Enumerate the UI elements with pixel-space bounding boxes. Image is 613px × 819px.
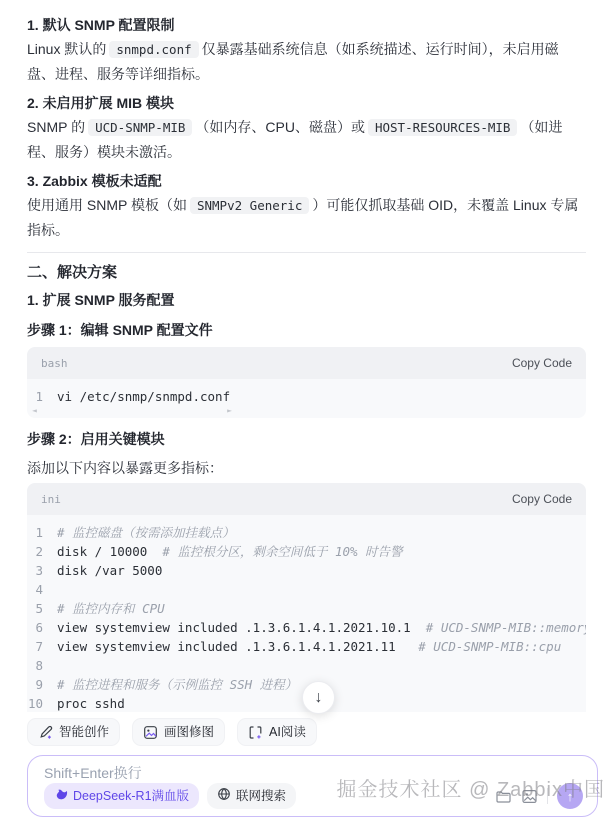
inline-code-snmpv2-generic: SNMPv2 Generic [190,197,309,214]
code-line: 4 [27,580,586,599]
inline-code-snmpd-conf: snmpd.conf [109,41,198,58]
web-search-chip[interactable]: 联网搜索 [207,783,296,809]
code-line: 1# 监控磁盘（按需添加挂载点） [27,523,586,542]
code-block-bash: bash Copy Code 1vi /etc/snmp/snmpd.conf … [27,347,586,418]
step2-title: 步骤 2：启用关键模块 [27,430,586,448]
composer-chips: DeepSeek-R1满血版 联网搜索 [44,783,296,809]
book-reader-icon [248,725,263,740]
section-title-2: 2. 未启用扩展 MIB 模块 [27,94,586,112]
globe-icon [217,787,231,805]
horizontal-scrollbar[interactable]: ◄► [27,406,237,416]
pen-sparkle-icon [38,725,53,740]
chip-label: AI阅读 [269,724,306,740]
step1-title: 步骤 1：编辑 SNMP 配置文件 [27,321,586,339]
scroll-to-bottom-button[interactable]: ↓ [302,681,335,714]
scroll-right-icon[interactable]: ► [227,406,232,416]
inline-code-host-resources-mib: HOST-RESOURCES-MIB [368,119,517,136]
section-title-3: 3. Zabbix 模板未适配 [27,172,586,190]
send-button[interactable]: ↑ [557,783,583,809]
composer-placeholder[interactable]: Shift+Enter换行 [44,764,583,782]
deepseek-whale-icon [54,787,68,805]
draw-edit-image-button[interactable]: 画图修图 [132,718,225,746]
chip-label: 智能创作 [59,724,109,740]
section-title-1: 1. 默认 SNMP 配置限制 [27,16,586,34]
composer-actions: ↑ [495,783,583,809]
inline-code-ucd-snmp-mib: UCD-SNMP-MIB [88,119,192,136]
paragraph-3: 使用通用 SNMP 模板（如SNMPv2 Generic）可能仅抓取基础 OID… [27,193,586,242]
ai-reading-button[interactable]: AI阅读 [237,718,317,746]
copy-code-button[interactable]: Copy Code [512,492,572,506]
code-line: 8 [27,656,586,675]
model-chip-label: DeepSeek-R1满血版 [73,789,189,804]
code-line: 3disk /var 5000 [27,561,586,580]
model-selector-chip[interactable]: DeepSeek-R1满血版 [44,783,199,809]
code-line: 7view systemview included .1.3.6.1.4.1.2… [27,637,586,656]
copy-code-button[interactable]: Copy Code [512,356,572,370]
upload-image-icon[interactable] [521,788,538,805]
attach-file-icon[interactable] [495,788,512,805]
paragraph-1: Linux 默认的snmpd.conf仅暴露基础系统信息（如系统描述、运行时间）… [27,37,586,86]
message-composer[interactable]: Shift+Enter换行 DeepSeek-R1满血版 联网搜索 [27,755,598,817]
chip-label: 画图修图 [164,724,214,740]
code-block-header: bash Copy Code [27,347,586,379]
code-language-label: ini [41,493,61,506]
code-line: 5# 监控内存和 CPU [27,599,586,618]
bottom-panel: 智能创作 画图修图 AI阅读 Shift+Enter换行 [0,712,613,819]
arrow-down-icon: ↓ [315,689,323,707]
chat-page: 1. 默认 SNMP 配置限制 Linux 默认的snmpd.conf仅暴露基础… [0,0,613,819]
smart-create-button[interactable]: 智能创作 [27,718,120,746]
web-chip-label: 联网搜索 [236,789,286,804]
code-line: 2disk / 10000 # 监控根分区，剩余空间低于 10% 时告警 [27,542,586,561]
image-edit-icon [143,725,158,740]
code-block-body: 1vi /etc/snmp/snmpd.conf ◄► [27,379,586,418]
composer-bottom-row: DeepSeek-R1满血版 联网搜索 [44,783,583,809]
quick-action-bar: 智能创作 画图修图 AI阅读 [0,712,613,746]
code-language-label: bash [41,357,68,370]
vertical-divider [547,788,548,804]
scroll-left-icon[interactable]: ◄ [32,406,37,416]
arrow-up-icon: ↑ [567,789,574,804]
solution-subheading: 1. 扩展 SNMP 服务配置 [27,291,586,309]
solution-heading: 二、解决方案 [27,263,586,283]
step2-paragraph: 添加以下内容以暴露更多指标： [27,456,586,480]
code-line: 1vi /etc/snmp/snmpd.conf [27,387,586,406]
section-divider [27,252,586,253]
assistant-message: 1. 默认 SNMP 配置限制 Linux 默认的snmpd.conf仅暴露基础… [0,0,613,745]
code-line: 6view systemview included .1.3.6.1.4.1.2… [27,618,586,637]
paragraph-2: SNMP 的UCD-SNMP-MIB（如内存、CPU、磁盘）或HOST-RESO… [27,115,586,164]
code-block-header: ini Copy Code [27,483,586,515]
